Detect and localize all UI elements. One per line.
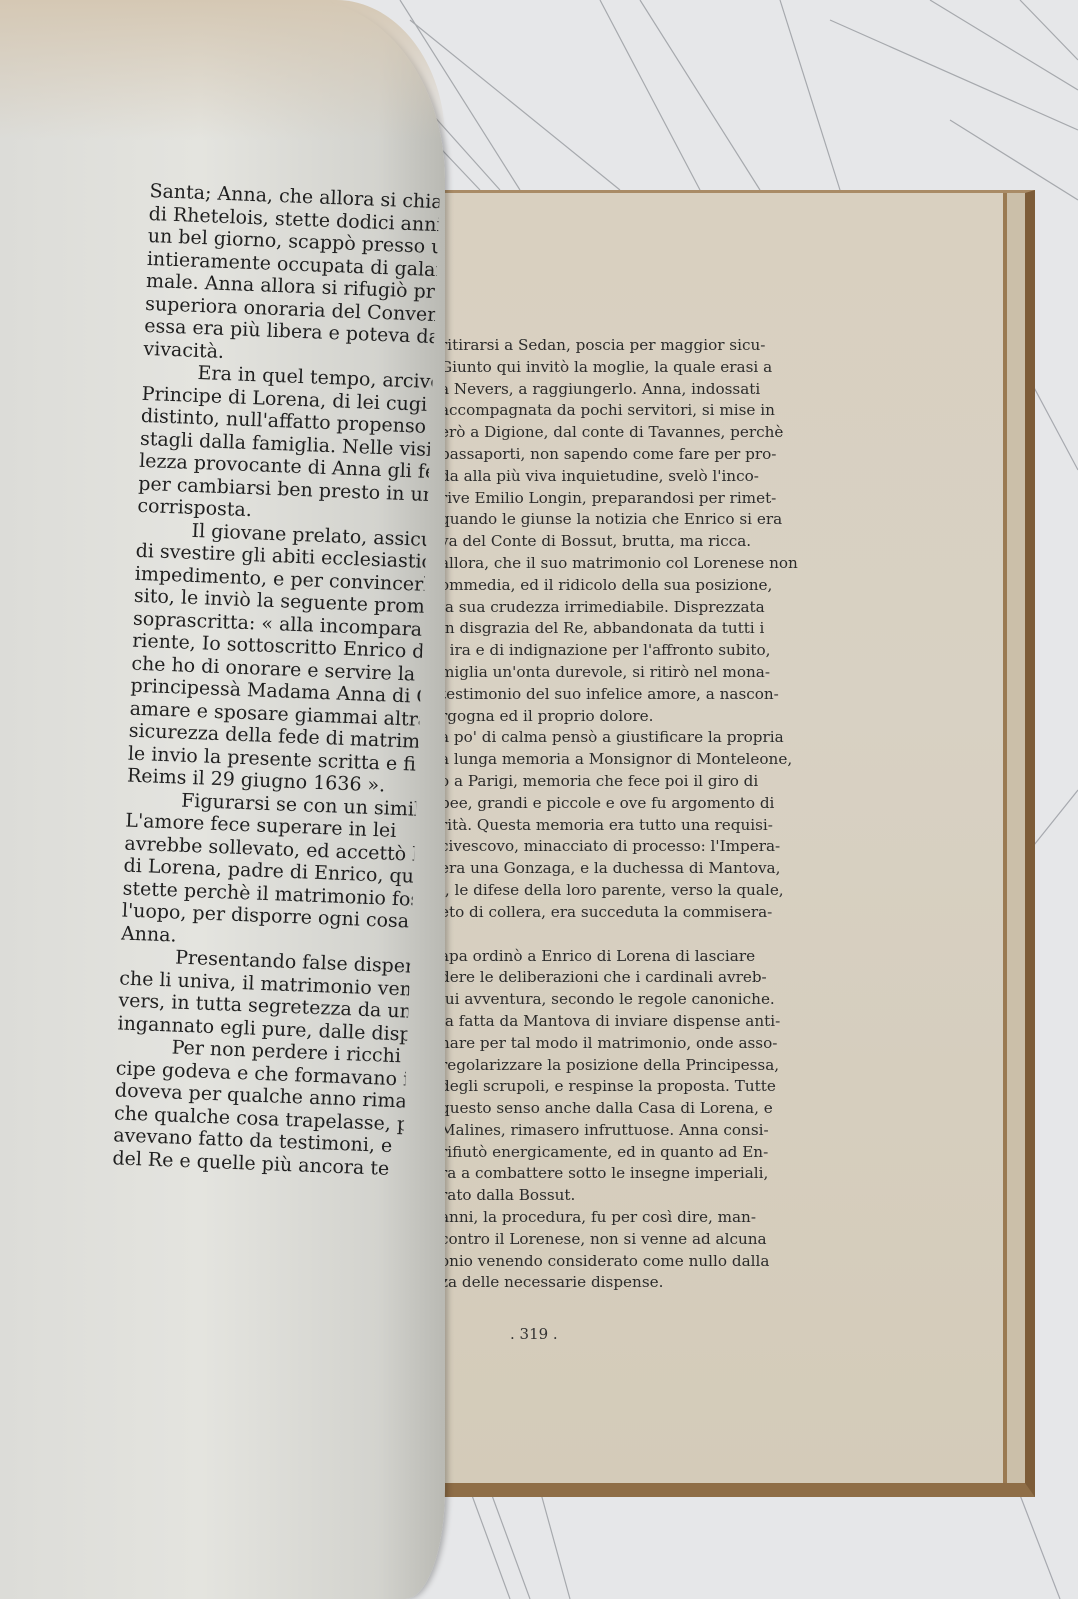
text-line: lui avventura, secondo le regole canonic… <box>440 989 820 1011</box>
text-line: accompagnata da pochi servitori, si mise… <box>440 400 820 422</box>
text-line: ritirarsi a Sedan, poscia per maggior si… <box>440 335 820 357</box>
text-line: onio venendo considerato come nullo dall… <box>440 1251 820 1273</box>
text-line: rive Emilio Longin, preparandosi per rim… <box>440 488 820 510</box>
text-line: la fatta da Mantova di inviare dispense … <box>440 1011 820 1033</box>
text-line: pee, grandi e piccole e ove fu argomento… <box>440 793 820 815</box>
text-line: apa ordinò a Enrico di Lorena di lasciar… <box>440 946 820 968</box>
text-line: ra a combattere sotto le insegne imperia… <box>440 1163 820 1185</box>
left-book-page-curled: Santa; Anna, che allora si chia di Rhete… <box>0 0 445 1599</box>
text-line: miglia un'onta durevole, si ritirò nel m… <box>440 662 820 684</box>
text-line: Malines, rimasero infruttuose. Anna cons… <box>440 1120 820 1142</box>
text-line: Giunto qui invitò la moglie, la quale er… <box>440 357 820 379</box>
text-line: civescovo, minacciato di processo: l'Imp… <box>440 836 820 858</box>
text-line: in disgrazia del Re, abbandonata da tutt… <box>440 618 820 640</box>
text-line: i, le difese della loro parente, verso l… <box>440 880 820 902</box>
text-line: dere le deliberazioni che i cardinali av… <box>440 967 820 989</box>
text-line: i ira e di indignazione per l'affronto s… <box>440 640 820 662</box>
text-line: anni, la procedura, fu per così dire, ma… <box>440 1207 820 1229</box>
text-line: a Nevers, a raggiungerlo. Anna, indossat… <box>440 379 820 401</box>
text-line: degli scrupoli, e respinse la proposta. … <box>440 1076 820 1098</box>
text-line: questo senso anche dalla Casa di Lorena,… <box>440 1098 820 1120</box>
text-line: testimonio del suo infelice amore, a nas… <box>440 684 820 706</box>
text-line: da alla più viva inquietudine, svelò l'i… <box>440 466 820 488</box>
text-line: nare per tal modo il matrimonio, onde as… <box>440 1033 820 1055</box>
text-line: o a Parigi, memoria che fece poi il giro… <box>440 771 820 793</box>
paragraph-gap <box>440 924 820 946</box>
text-line: rità. Questa memoria era tutto una requi… <box>440 815 820 837</box>
text-line: va del Conte di Bossut, brutta, ma ricca… <box>440 531 820 553</box>
text-line: la sua crudezza irrimediabile. Disprezza… <box>440 597 820 619</box>
text-line: erò a Digione, dal conte di Tavannes, pe… <box>440 422 820 444</box>
text-line: quando le giunse la notizia che Enrico s… <box>440 509 820 531</box>
text-line: rifiutò energicamente, ed in quanto ad E… <box>440 1142 820 1164</box>
text-line: allora, che il suo matrimonio col Lorene… <box>440 553 820 575</box>
page-number: . 319 . <box>510 1325 558 1343</box>
text-line: passaporti, non sapendo come fare per pr… <box>440 444 820 466</box>
text-line: contro il Lorenese, non si venne ad alcu… <box>440 1229 820 1251</box>
text-line: a lunga memoria a Monsignor di Monteleon… <box>440 749 820 771</box>
text-line: za delle necessarie dispense. <box>440 1272 820 1294</box>
text-line: era una Gonzaga, e la duchessa di Mantov… <box>440 858 820 880</box>
left-page-text: Santa; Anna, che allora si chia di Rhete… <box>112 180 440 1180</box>
text-line: rgogna ed il proprio dolore. <box>440 706 820 728</box>
text-line: eto di collera, era succeduta la commise… <box>440 902 820 924</box>
text-line: regolarizzare la posizione della Princip… <box>440 1055 820 1077</box>
right-page-text: ritirarsi a Sedan, poscia per maggior si… <box>440 335 820 1294</box>
text-line: ommedia, ed il ridicolo della sua posizi… <box>440 575 820 597</box>
text-line: rato dalla Bossut. <box>440 1185 820 1207</box>
text-line: a po' di calma pensò a giustificare la p… <box>440 727 820 749</box>
